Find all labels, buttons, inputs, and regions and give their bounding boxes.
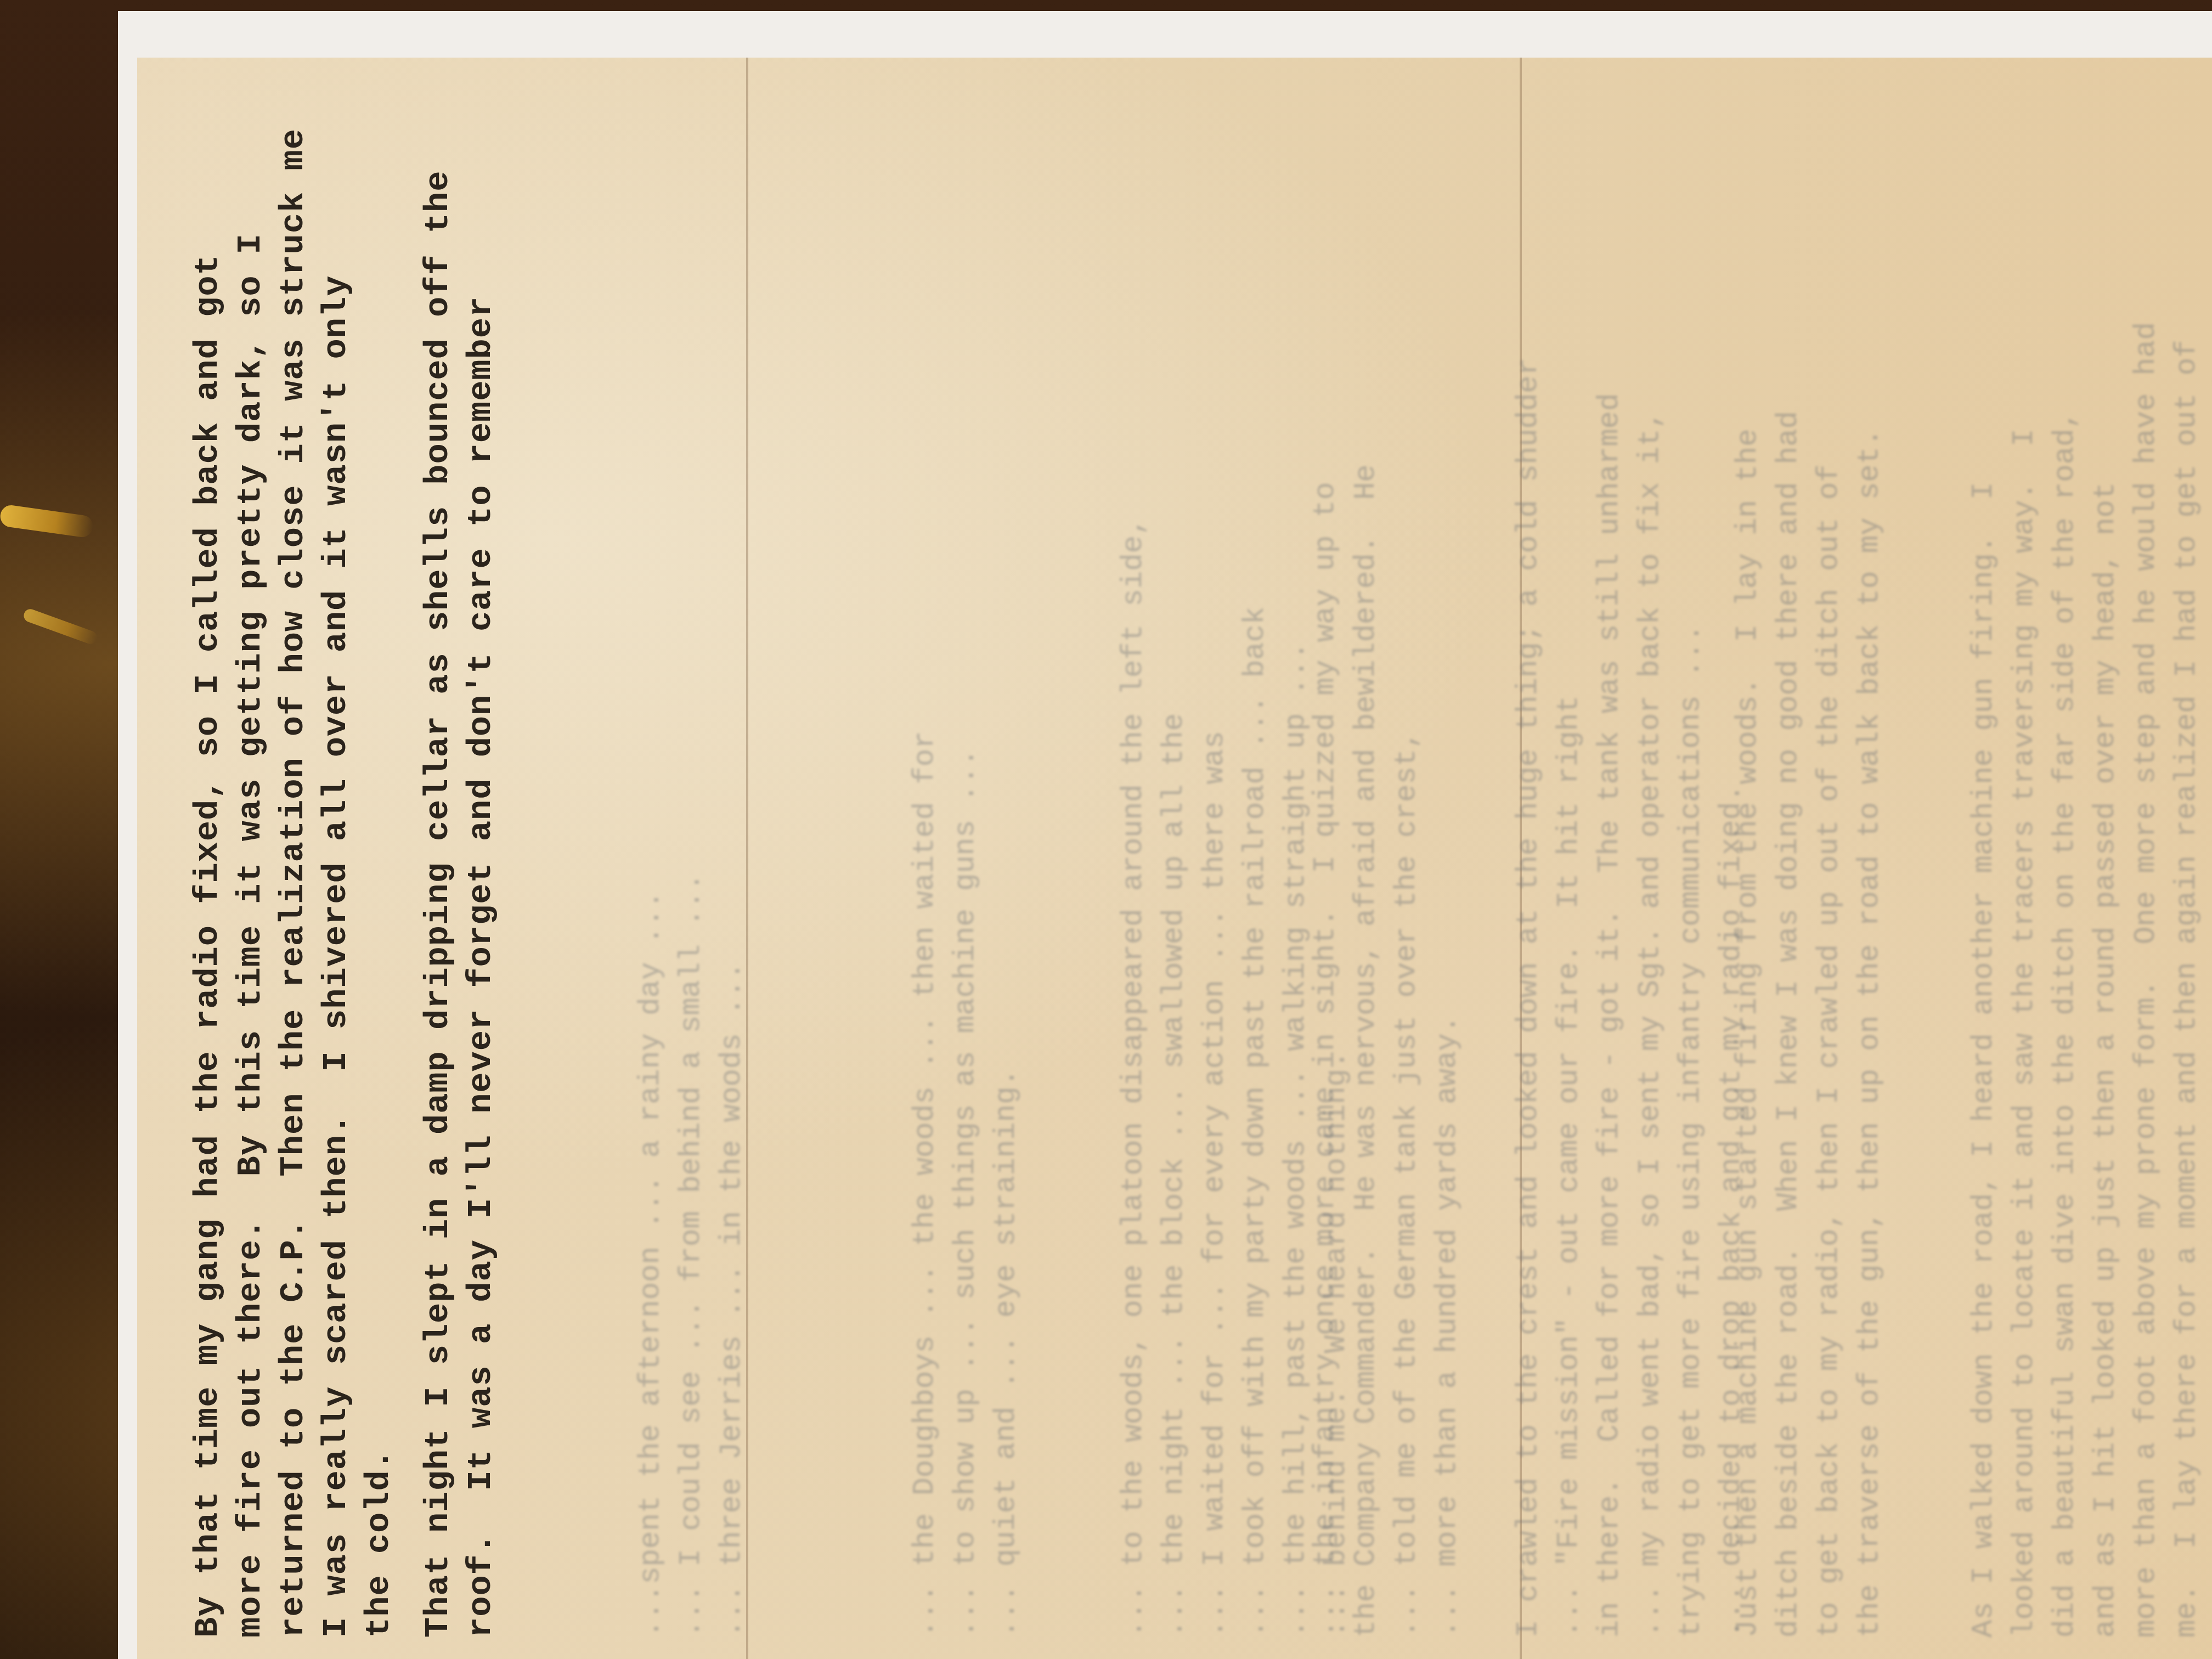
- bleed-through-paragraph: ... the infantry once more came in sight…: [1306, 464, 1468, 1638]
- paragraph-damp-cellar: That night I slept in a damp dripping ce…: [417, 171, 503, 1638]
- typewritten-page: By that time my gang had the radio fixed…: [137, 58, 2212, 1659]
- bleed-through-paragraph: As I walked down the road, I heard anoth…: [1964, 322, 2212, 1638]
- paragraph-radio-fixed: By that time my gang had the radio fixed…: [187, 128, 400, 1638]
- bleed-through-paragraph: ... the Doughboys ... the woods ... then…: [905, 731, 1027, 1638]
- bleed-through-paragraph: Just then a machine gun started firing f…: [1728, 411, 1891, 1638]
- bleed-through-paragraph: ...spent the afternoon ... a rainy day .…: [631, 873, 753, 1638]
- bleed-through-paragraph: I crawled to the crest and looked down a…: [1509, 358, 1752, 1638]
